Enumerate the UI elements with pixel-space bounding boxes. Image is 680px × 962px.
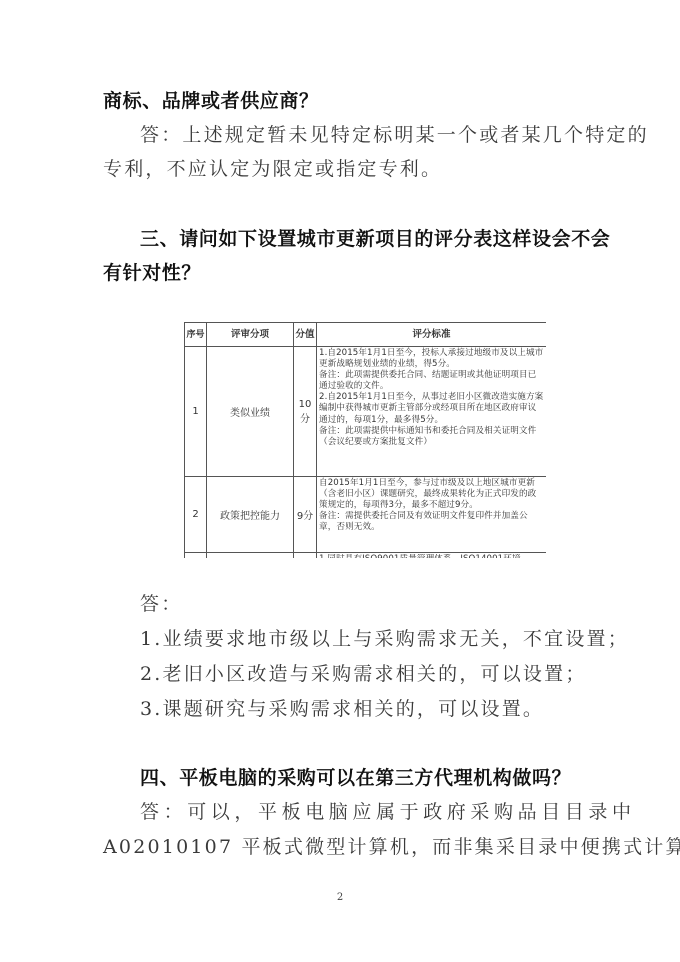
page-number: 2 xyxy=(0,892,680,903)
cell-score: 10分 xyxy=(294,347,317,477)
question-tail: 商标、品牌或者供应商？ xyxy=(103,89,575,113)
section-3-question-cont: 有针对性？ xyxy=(103,261,575,285)
table-row: 2 政策把控能力 9分 自2015年1月1日至今，参与过市级及以上地区城市更新（… xyxy=(185,477,547,553)
cell-criteria: 1.自2015年1月1日至今，投标人承接过地级市及以上城市更新战略规划业绩的业绩… xyxy=(317,347,547,477)
cell-item xyxy=(207,553,294,559)
scoring-table-image: 序号 评审分项 分值 评分标准 1 类似业绩 10分 1.自2015年1月1日至… xyxy=(184,322,546,558)
cell-no xyxy=(185,553,207,559)
section-4-question: 四、平板电脑的采购可以在第三方代理机构做吗？ xyxy=(140,766,576,790)
answer-item: 1.业绩要求地市级以上与采购需求无关，不宜设置； xyxy=(140,627,576,651)
criteria-note: 备注：此项需提供委托合同、结题证明或其他证明项目已通过验收的文件。 xyxy=(319,370,544,392)
criteria-text: 1.自2015年1月1日至今，投标人承接过地级市及以上城市更新战略规划业绩的业绩… xyxy=(319,348,544,370)
cell-no: 2 xyxy=(185,477,207,553)
criteria-note: 备注：需提供委托合同及有效证明文件复印件并加盖公章，否则无效。 xyxy=(319,511,544,533)
cell-score: 9分 xyxy=(294,477,317,553)
header-criteria: 评分标准 xyxy=(317,323,547,347)
criteria-note: 备注：此项需提供中标通知书和委托合同及相关证明文件（会议纪要或方案批复文件） xyxy=(319,426,544,448)
section-3-question: 三、请问如下设置城市更新项目的评分表这样设会不会 xyxy=(140,227,576,251)
criteria-text: 自2015年1月1日至今，参与过市级及以上地区城市更新（含老旧小区）课题研究，最… xyxy=(319,478,544,511)
cell-item: 类似业绩 xyxy=(207,347,294,477)
answer-item: 2.老旧小区改造与采购需求相关的，可以设置； xyxy=(140,662,576,686)
answer-line: 专利，不应认定为限定或指定专利。 xyxy=(103,157,575,181)
answer-line: 答：可以，平板电脑应属于政府采购品目目录中 xyxy=(140,800,576,824)
cell-criteria: 自2015年1月1日至今，参与过市级及以上地区城市更新（含老旧小区）课题研究，最… xyxy=(317,477,547,553)
answer-label: 答： xyxy=(140,592,576,616)
header-score: 分值 xyxy=(294,323,317,347)
cell-no: 1 xyxy=(185,347,207,477)
cell-criteria: 1.同时具有ISO9001质量管理体系、ISO14001环境 xyxy=(317,553,547,559)
table-row: 1.同时具有ISO9001质量管理体系、ISO14001环境 xyxy=(185,553,547,559)
header-item: 评审分项 xyxy=(207,323,294,347)
answer-line: 答：上述规定暂未见特定标明某一个或者某几个特定的 xyxy=(140,123,576,147)
cell-score xyxy=(294,553,317,559)
criteria-text: 1.同时具有ISO9001质量管理体系、ISO14001环境 xyxy=(319,554,544,558)
table-header-row: 序号 评审分项 分值 评分标准 xyxy=(185,323,547,347)
answer-line: A02010107 平板式微型计算机，而非集采目录中便携式计算 xyxy=(103,835,575,859)
header-no: 序号 xyxy=(185,323,207,347)
criteria-text: 2.自2015年1月1日至今，从事过老旧小区微改造实施方案编制中获得城市更新主管… xyxy=(319,392,544,425)
cell-item: 政策把控能力 xyxy=(207,477,294,553)
answer-item: 3.课题研究与采购需求相关的，可以设置。 xyxy=(140,697,576,721)
scoring-table: 序号 评审分项 分值 评分标准 1 类似业绩 10分 1.自2015年1月1日至… xyxy=(184,322,546,558)
table-row: 1 类似业绩 10分 1.自2015年1月1日至今，投标人承接过地级市及以上城市… xyxy=(185,347,547,477)
